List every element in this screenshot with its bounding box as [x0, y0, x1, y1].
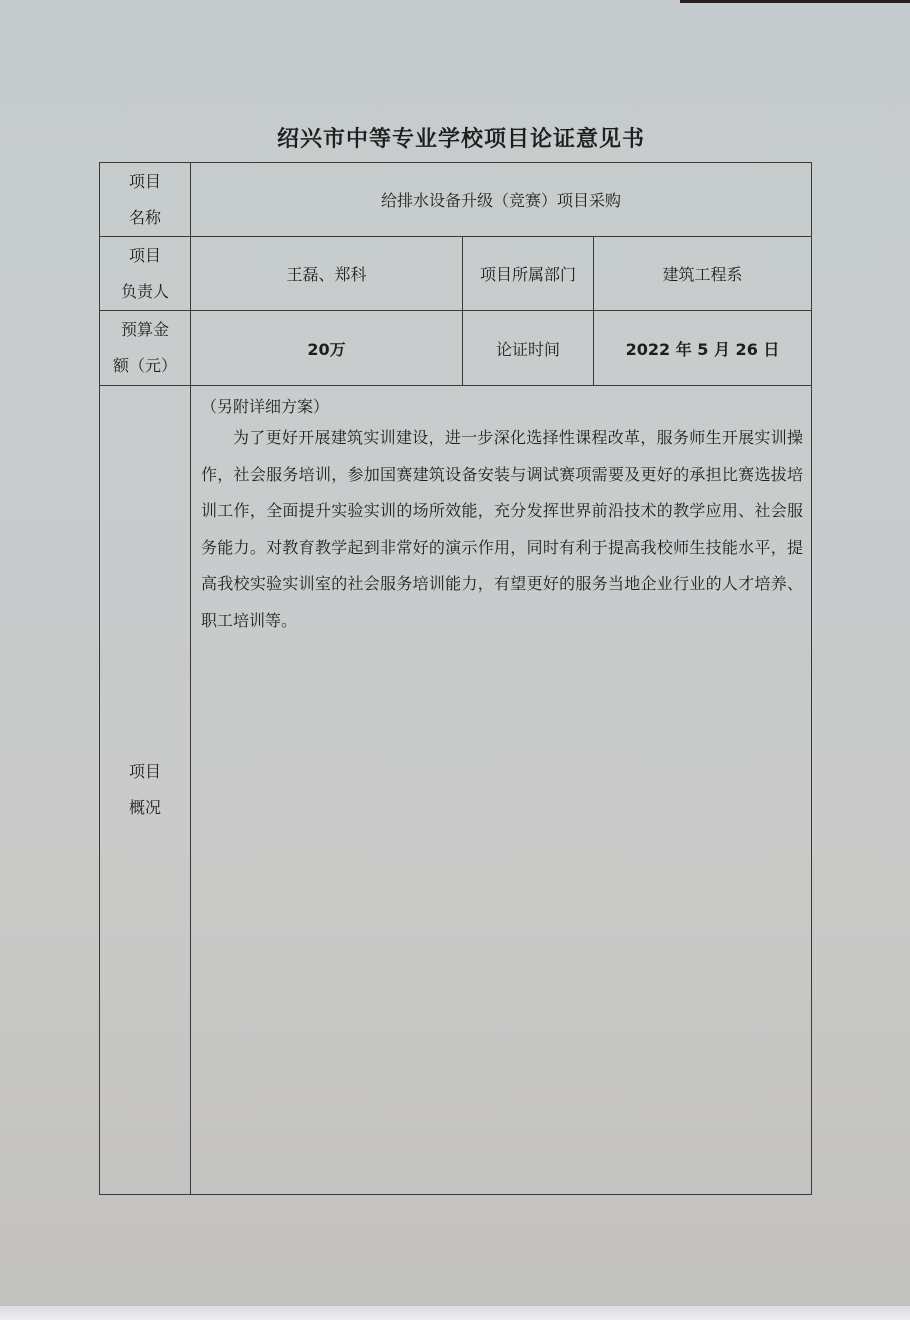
row-project-leader: 项目 负责人 王磊、郑科 项目所属部门 建筑工程系 [100, 237, 812, 311]
document-title: 绍兴市中等专业学校项目论证意见书 [0, 122, 910, 153]
value-project-name: 给排水设备升级（竞赛）项目采购 [191, 163, 812, 237]
attachment-note: （另附详细方案） [201, 394, 803, 420]
row-project-name: 项目 名称 给排水设备升级（竞赛）项目采购 [100, 163, 812, 237]
value-project-leader: 王磊、郑科 [191, 237, 463, 311]
value-department: 建筑工程系 [594, 237, 812, 311]
review-form-table: 项目 名称 给排水设备升级（竞赛）项目采购 项目 负责人 王磊、郑科 项目所属部… [99, 162, 812, 1195]
label-overview: 项目 概况 [100, 386, 191, 1195]
value-review-time: 2022 年 5 月 26 日 [594, 311, 812, 386]
overview-paragraph: 为了更好开展建筑实训建设，进一步深化选择性课程改革，服务师生开展实训操作，社会服… [201, 420, 803, 639]
label-department: 项目所属部门 [463, 237, 594, 311]
bottom-margin [0, 1306, 910, 1320]
label-project-name: 项目 名称 [100, 163, 191, 237]
label-project-leader: 项目 负责人 [100, 237, 191, 311]
row-overview: 项目 概况 （另附详细方案） 为了更好开展建筑实训建设，进一步深化选择性课程改革… [100, 386, 812, 1195]
overview-content: （另附详细方案） 为了更好开展建筑实训建设，进一步深化选择性课程改革，服务师生开… [191, 386, 812, 1195]
label-budget: 预算金 额（元） [100, 311, 191, 386]
label-review-time: 论证时间 [463, 311, 594, 386]
value-budget: 20万 [191, 311, 463, 386]
row-budget: 预算金 额（元） 20万 论证时间 2022 年 5 月 26 日 [100, 311, 812, 386]
background-edge [680, 0, 910, 3]
